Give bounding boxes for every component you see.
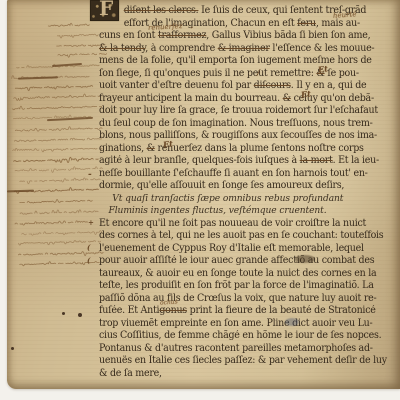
struck-text: & <box>147 143 155 154</box>
print-text: teſte, les produiſit en ſon frõt par la … <box>99 280 374 291</box>
marginalia-row <box>14 157 101 164</box>
print-text: ſe pou- <box>325 68 359 79</box>
hand-insertion-mark: ( <box>87 256 90 265</box>
struck-text: diſent les clercs. <box>124 5 199 16</box>
print-text: ginations, <box>99 143 147 154</box>
print-line-16: Vt quaſi tranſactis ſæpe omnibus rebus p… <box>99 193 376 206</box>
print-text: uenuës en Italie ces ſiecles paſſez: & p… <box>99 355 387 366</box>
hand-correction-word: Et <box>162 138 173 149</box>
ink-blot <box>285 318 299 326</box>
print-line-29: uenuës en Italie ces ſiecles paſſez: & p… <box>99 355 376 368</box>
print-line-23: teſte, les produiſit en ſon frõt par la … <box>99 280 376 293</box>
ink-speck <box>62 312 65 315</box>
struck-text: & imaginer <box>218 43 270 54</box>
print-line-27: cius Coſſitius, de femme chãgé en hõme l… <box>99 330 376 343</box>
struck-text: traſformez <box>158 30 206 41</box>
hand-insertion-mark: + <box>88 218 94 227</box>
ink-speck <box>11 347 14 350</box>
hand-insertion-mark: ( <box>87 243 90 252</box>
marginalia-row <box>15 220 90 225</box>
print-text: neſſe bouillante ſ'eſchauffe ſi auant en… <box>99 168 368 179</box>
print-text: mens de la folie, qu'il emporta ſon iuge… <box>99 55 372 66</box>
print-line-17: Fluminis ingentes fluctus, veſtémque cru… <box>99 205 376 218</box>
print-text: & de ſa mere, <box>99 368 162 379</box>
struck-text: feru <box>297 18 316 29</box>
print-text: ſon ſiege, ſi qu'onques puis il ne peut … <box>99 68 316 79</box>
marginalia-row <box>14 137 101 141</box>
print-text: uoit vanter d'eſtre deuenu fol par <box>99 80 254 91</box>
print-line-21: pour auoir aſſiſté le iour auec grande a… <box>99 255 376 268</box>
hand-insertion-mark: / <box>257 67 260 77</box>
print-text: blons, nous palliſſons, & rougiſſons aux… <box>99 130 377 141</box>
print-text: Fluminis ingentes fluctus, veſtémque cru… <box>109 205 327 216</box>
print-text: pour auoir aſſiſté le iour auec grande a… <box>99 255 374 266</box>
struck-text: diſcours <box>254 80 291 91</box>
print-text: frayeur anticipent la main du bourreau. <box>99 93 283 104</box>
print-line-4: & la tendy, à comprendre & imaginer l'eſ… <box>99 43 376 56</box>
struck-text: & la tendy <box>99 43 145 54</box>
print-text: paſſiõ dõna au fils de Crœſus la voix, q… <box>99 293 376 304</box>
hand-correction-word: heurté <box>333 10 357 20</box>
print-line-24: paſſiõ dõna au fils de Crœſus la voix, q… <box>99 293 376 306</box>
print-line-26: trop viuemẽt empreinte en ſon ame. Pline… <box>99 318 376 331</box>
scanned-book-page: diſent les clercs. Ie ſuis de ceux, qui … <box>0 0 400 400</box>
marginalia-row <box>22 230 102 236</box>
hand-correction-word: Et <box>300 88 311 99</box>
print-line-25: fuſée. Et Antigonus print la fieure de l… <box>99 305 376 318</box>
print-line-7: uoit vanter d'eſtre deuenu fol par diſco… <box>99 80 376 93</box>
margin-handwriting <box>6 15 113 280</box>
print-text: . Et la ieu- <box>333 155 379 166</box>
print-text: des cornes à tel, qui ne les auoit pas e… <box>99 230 383 241</box>
marginalia-row <box>15 126 102 132</box>
print-line-22: taureaux, & auoir eu en ſonge toute la n… <box>99 268 376 281</box>
print-text: agité à leur branſle, quelques-fois iuſq… <box>99 155 300 166</box>
print-text: print la fieure de la beauté de Stratoni… <box>187 305 376 316</box>
print-line-8: frayeur anticipent la main du bourreau. … <box>99 93 376 106</box>
print-line-3: cuns en ſont traſformez, Gallus Vibius b… <box>99 30 376 43</box>
print-line-28: Pontanus & d'autres racontent pareilles … <box>99 343 376 356</box>
marginalia-row <box>18 251 105 257</box>
struck-text: & <box>283 93 291 104</box>
print-line-20: l'euenement de Cyppus Roy d'Italie eſt m… <box>99 243 376 256</box>
print-text: Vt quaſi tranſactis ſæpe omnibus rebus p… <box>112 193 343 204</box>
struck-text: la mort <box>300 155 333 166</box>
marginalia-row <box>48 23 89 27</box>
print-text: cius Coſſitius, de femme chãgé en hõme l… <box>99 330 381 341</box>
print-line-5: mens de la folie, qu'il emporta ſon iuge… <box>99 55 376 68</box>
print-text: trop viuemẽt empreinte en ſon ame. Pline… <box>99 318 372 329</box>
marginalia-row <box>20 198 95 203</box>
print-line-14: neſſe bouillante ſ'eſchauffe ſi auant en… <box>99 168 376 181</box>
print-text: l'eſſence & les mouue- <box>270 43 375 54</box>
marginalia-row <box>14 94 101 101</box>
print-line-13: agité à leur branſle, quelques-fois iuſq… <box>99 155 376 168</box>
print-line-9: doit pour luy lire ſa grace, ſe trouua r… <box>99 105 376 118</box>
print-line-15: dormie, qu'elle aſſouuit en ſonge ſes am… <box>99 180 376 193</box>
print-text: doit pour luy lire ſa grace, ſe trouua r… <box>99 105 378 116</box>
marginalia-row <box>57 44 105 47</box>
marginalia-row <box>13 146 102 152</box>
print-text: fuſée. Et Anti <box>99 305 159 316</box>
print-text: Pontanus & d'autres racontent pareilles … <box>99 343 373 354</box>
print-line-19: des cornes à tel, qui ne les auoit pas e… <box>99 230 376 243</box>
marginalia-row <box>15 85 92 91</box>
hand-insertion-mark: ˏ <box>191 18 194 29</box>
hand-correction-word: ochus <box>160 298 178 306</box>
print-text: Et encore qu'il ne ſoit pas nouueau de v… <box>99 218 366 229</box>
printed-text-block: diſent les clercs. Ie ſuis de ceux, qui … <box>99 5 391 380</box>
print-line-12: ginations, & renuerſez dans la plume ſen… <box>99 143 376 156</box>
ink-blot <box>295 255 315 263</box>
hand-insertion-mark: - <box>88 170 92 180</box>
print-text: renuerſez dans la plume ſentons noſtre c… <box>155 143 364 154</box>
initial-glyph: F <box>99 0 113 20</box>
print-line-18: Et encore qu'il ne ſoit pas nouueau de v… <box>99 218 376 231</box>
hand-correction-word: Et <box>317 63 328 74</box>
marginalia-row <box>13 104 102 110</box>
ink-speck <box>78 313 82 317</box>
marginalia-row <box>20 209 101 215</box>
print-line-30: & de ſa mere, <box>99 368 376 381</box>
print-text: , Gallus Vibius bãda ſi bien ſon ame, <box>206 30 370 41</box>
print-text: du ſeul coup de ſon imagination. Nous tr… <box>99 118 373 129</box>
print-line-11: blons, nous palliſſons, & rougiſſons aux… <box>99 130 376 143</box>
struck-text: gonus <box>159 305 187 316</box>
print-text: l'euenement de Cyppus Roy d'Italie eſt m… <box>99 243 364 254</box>
print-line-10: du ſeul coup de ſon imagination. Nous tr… <box>99 118 376 131</box>
woodcut-initial-letter: F <box>90 0 119 21</box>
print-text: taureaux, & auoir eu en ſonge toute la n… <box>99 268 376 279</box>
print-text: dormie, qu'elle aſſouuit en ſonge ſes am… <box>99 180 344 191</box>
print-text: , à comprendre <box>145 43 217 54</box>
print-line-6: ſon ſiege, ſi qu'onques puis il ne peut … <box>99 68 376 81</box>
